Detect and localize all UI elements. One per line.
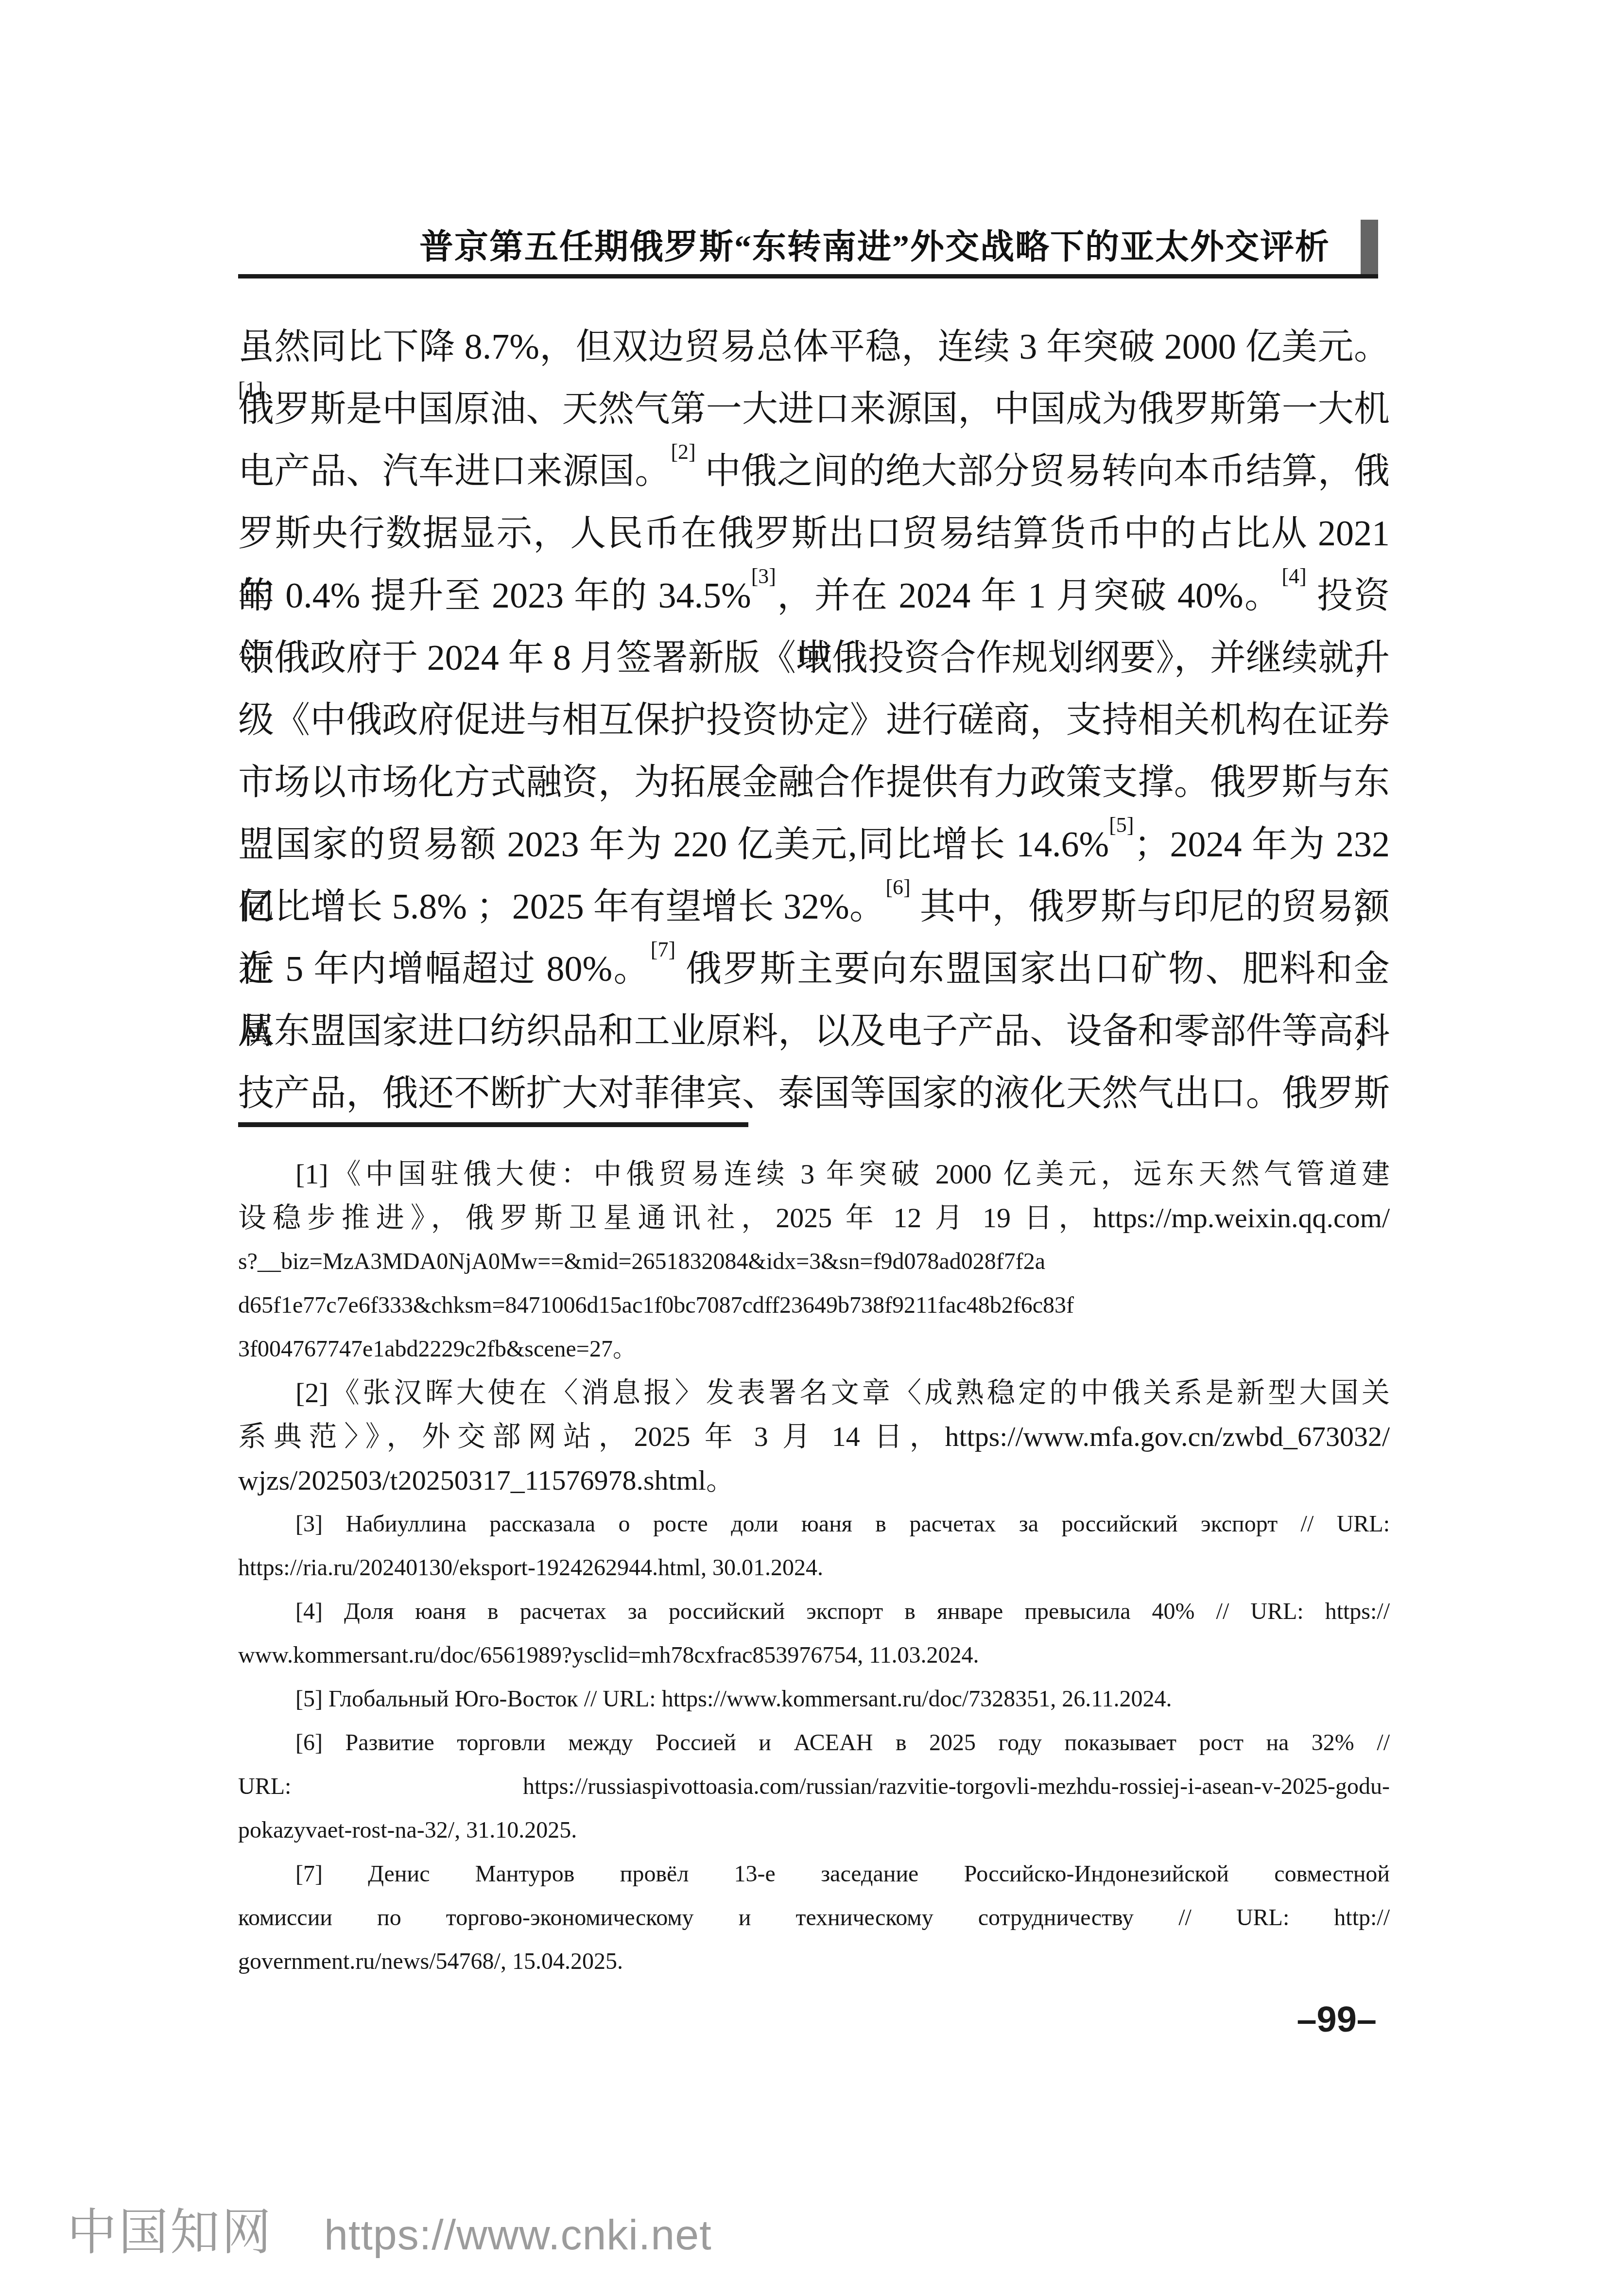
footnote-line: URL: https://russiaspivottoasia.com/russ… <box>238 1765 1390 1809</box>
footnote-line: government.ru/news/54768/, 15.04.2025. <box>238 1940 1390 1983</box>
footnote-line: комиссии по торгово-экономическому и тех… <box>238 1896 1390 1940</box>
footnote-line: 3f004767747e1abd2229c2fb&scene=27。 <box>238 1327 1390 1371</box>
footnote-separator <box>238 1122 748 1127</box>
body-text-line: 级《中俄政府促进与相互保护投资协定》进行磋商，支持相关机构在证券 <box>238 689 1390 751</box>
body-text-line: 盟国家的贸易额 2023 年为 220 亿美元,同比增长 14.6%[5]；20… <box>238 814 1390 876</box>
cnki-logo-text: 中国知网 <box>67 2193 273 2264</box>
footnote-ref: [3] <box>751 564 776 588</box>
footnote-ref: [7] <box>651 938 675 961</box>
footnote-line: [1]《中国驻俄大使：中俄贸易连续 3 年突破 2000 亿美元，远东天然气管道… <box>238 1152 1390 1196</box>
body-text-line: 电产品、汽车进口来源国。[2] 中俄之间的绝大部分贸易转向本币结算，俄 <box>238 440 1390 503</box>
footnote-ref: [5] <box>1109 813 1134 837</box>
body-text-line: 从东盟国家进口纺织品和工业原料，以及电子产品、设备和零部件等高科 <box>238 1000 1390 1062</box>
article-title: 普京第五任期俄罗斯“东转南进”外交战略下的亚太外交评析 <box>419 229 1330 266</box>
page-number: –99– <box>1296 1999 1377 2040</box>
footnote-ref: [2] <box>671 440 695 464</box>
footnotes: [1]《中国驻俄大使：中俄贸易连续 3 年突破 2000 亿美元，远东天然气管道… <box>238 1152 1390 1983</box>
body-text-line: 中俄政府于 2024 年 8 月签署新版《中俄投资合作规划纲要》，并继续就升 <box>238 627 1390 689</box>
body-text-line: 的 0.4% 提升至 2023 年的 34.5%[3]，并在 2024 年 1 … <box>238 565 1390 627</box>
footnote-line: 设稳步推进》，俄罗斯卫星通讯社，2025 年 12 月 19 日，https:/… <box>238 1196 1390 1240</box>
footnote-ref: [4] <box>1281 564 1306 588</box>
footnote-line: wjzs/202503/t20250317_11576978.shtml。 <box>238 1459 1390 1502</box>
footnote-line: s?__biz=MzA3MDA0NjA0Mw==&mid=2651832084&… <box>238 1240 1390 1284</box>
footnote-line: https://ria.ru/20240130/eksport-19242629… <box>238 1546 1390 1590</box>
footnote-ref: [6] <box>885 875 910 899</box>
body-text-line: 近 5 年内增幅超过 80%。[7] 俄罗斯主要向东盟国家出口矿物、肥料和金属， <box>238 938 1390 1000</box>
body-text-line: 俄罗斯是中国原油、天然气第一大进口来源国，中国成为俄罗斯第一大机 <box>238 378 1390 440</box>
body-text-line: 技产品，俄还不断扩大对菲律宾、泰国等国家的液化天然气出口。俄罗斯 <box>238 1062 1390 1125</box>
footnote-ref: [1] <box>238 378 263 401</box>
footnote-line: d65f1e77c7e6f333&chksm=8471006d15ac1f0bc… <box>238 1284 1390 1327</box>
cnki-watermark: 中国知网 https://www.cnki.net <box>67 2193 712 2264</box>
header-tab-bar <box>1361 220 1378 275</box>
body-text-line: 虽然同比下降 8.7%，但双边贸易总体平稳，连续 3 年突破 2000 亿美元。… <box>238 316 1390 378</box>
footnote-line: [4] Доля юаня в расчетах за российский э… <box>238 1590 1390 1634</box>
footnote-line: [5] Глобальный Юго-Восток // URL: https:… <box>238 1677 1390 1721</box>
footnote-line: [3] Набиуллина рассказала о росте доли ю… <box>238 1502 1390 1546</box>
body-text-line: 同比增长 5.8% ；2025 年有望增长 32%。[6] 其中，俄罗斯与印尼的… <box>238 876 1390 938</box>
footnote-line: pokazyvaet-rost-na-32/, 31.10.2025. <box>238 1809 1390 1852</box>
header-rule <box>238 274 1378 278</box>
footnote-line: [2]《张汉晖大使在〈消息报〉发表署名文章〈成熟稳定的中俄关系是新型大国关 <box>238 1371 1390 1415</box>
body-text: 虽然同比下降 8.7%，但双边贸易总体平稳，连续 3 年突破 2000 亿美元。… <box>238 316 1390 1125</box>
body-text-line: 市场以市场化方式融资，为拓展金融合作提供有力政策支撑。俄罗斯与东 <box>238 751 1390 814</box>
article-header: 普京第五任期俄罗斯“东转南进”外交战略下的亚太外交评析 <box>238 220 1379 269</box>
footnote-line: www.kommersant.ru/doc/6561989?ysclid=mh7… <box>238 1634 1390 1677</box>
footnote-line: 系典范〉》，外交部网站，2025 年 3 月 14 日，https://www.… <box>238 1415 1390 1459</box>
body-text-line: 罗斯央行数据显示，人民币在俄罗斯出口贸易结算货币中的占比从 2021 年 <box>238 503 1390 565</box>
cnki-url: https://www.cnki.net <box>324 2210 712 2260</box>
document-page: 普京第五任期俄罗斯“东转南进”外交战略下的亚太外交评析 虽然同比下降 8.7%，… <box>0 0 1607 2296</box>
footnote-line: [6] Развитие торговли между Россией и АС… <box>238 1721 1390 1765</box>
footnote-line: [7] Денис Мантуров провёл 13-е заседание… <box>238 1852 1390 1896</box>
